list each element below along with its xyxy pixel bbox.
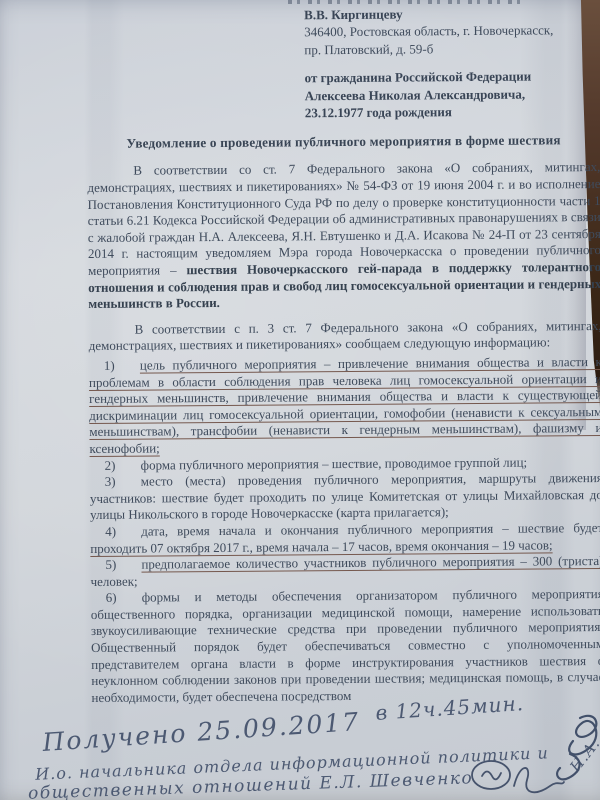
item-text-after: человек; [90,573,137,588]
signature-stamp-icon [470,756,566,800]
recipient-block: В.В. Киргинцеву 346400, Ростовская облас… [304,4,600,122]
item-number: 3) [105,474,141,491]
list-item-6: 6)формы и методы обеспечения организатор… [91,586,600,706]
list-item-3: 3)место (места) проведения публичного ме… [90,470,600,524]
item-text: форма публичного мероприятия – шествие, … [141,454,528,472]
notification-items-list: 1)цель публичного мероприятия – привлече… [89,354,600,706]
item-number: 2) [105,457,141,474]
item-text: место (места) проведения публичного меро… [90,470,600,522]
item-underlined-text: проходить 07 октября 2017 г., время нача… [90,537,552,556]
item-text: формы и методы обеспечения организатором… [91,586,600,705]
list-item-1: 1)цель публичного мероприятия – привлече… [89,354,600,458]
item-number: 6) [106,590,142,607]
item-text: дата, время начала и окончания публичног… [141,520,600,539]
list-item-5: 5)предполагаемое количество участников п… [90,553,600,590]
paragraph-legal-basis: В соответствии со ст. 7 Федерального зак… [87,159,600,312]
paragraph-information-intro: В соответствии с п. 3 ст. 7 Федерального… [89,318,600,355]
photo-scene: { "colors": { "table_background": "#3827… [0,0,600,800]
typed-document-body: В.В. Киргинцеву 346400, Ростовская облас… [86,0,600,706]
list-item-4: 4)дата, время начала и окончания публичн… [90,520,600,557]
recipient-address-line-2: пр. Платовский, д. 59-б [304,39,599,59]
item-number: 4) [105,524,141,541]
photo-of-document: В.В. Киргинцеву 346400, Ростовская облас… [0,0,600,800]
document-title: Уведомление о проведении публичного меро… [87,132,600,152]
item-underlined-text: предполагаемое количество участников пуб… [141,553,600,572]
item-underlined-text: цель публичного мероприятия – привлечени… [89,354,600,456]
item-number: 1) [104,358,140,375]
sender-line-3: 23.12.1977 года рождения [305,102,600,122]
item-number: 5) [105,557,141,574]
